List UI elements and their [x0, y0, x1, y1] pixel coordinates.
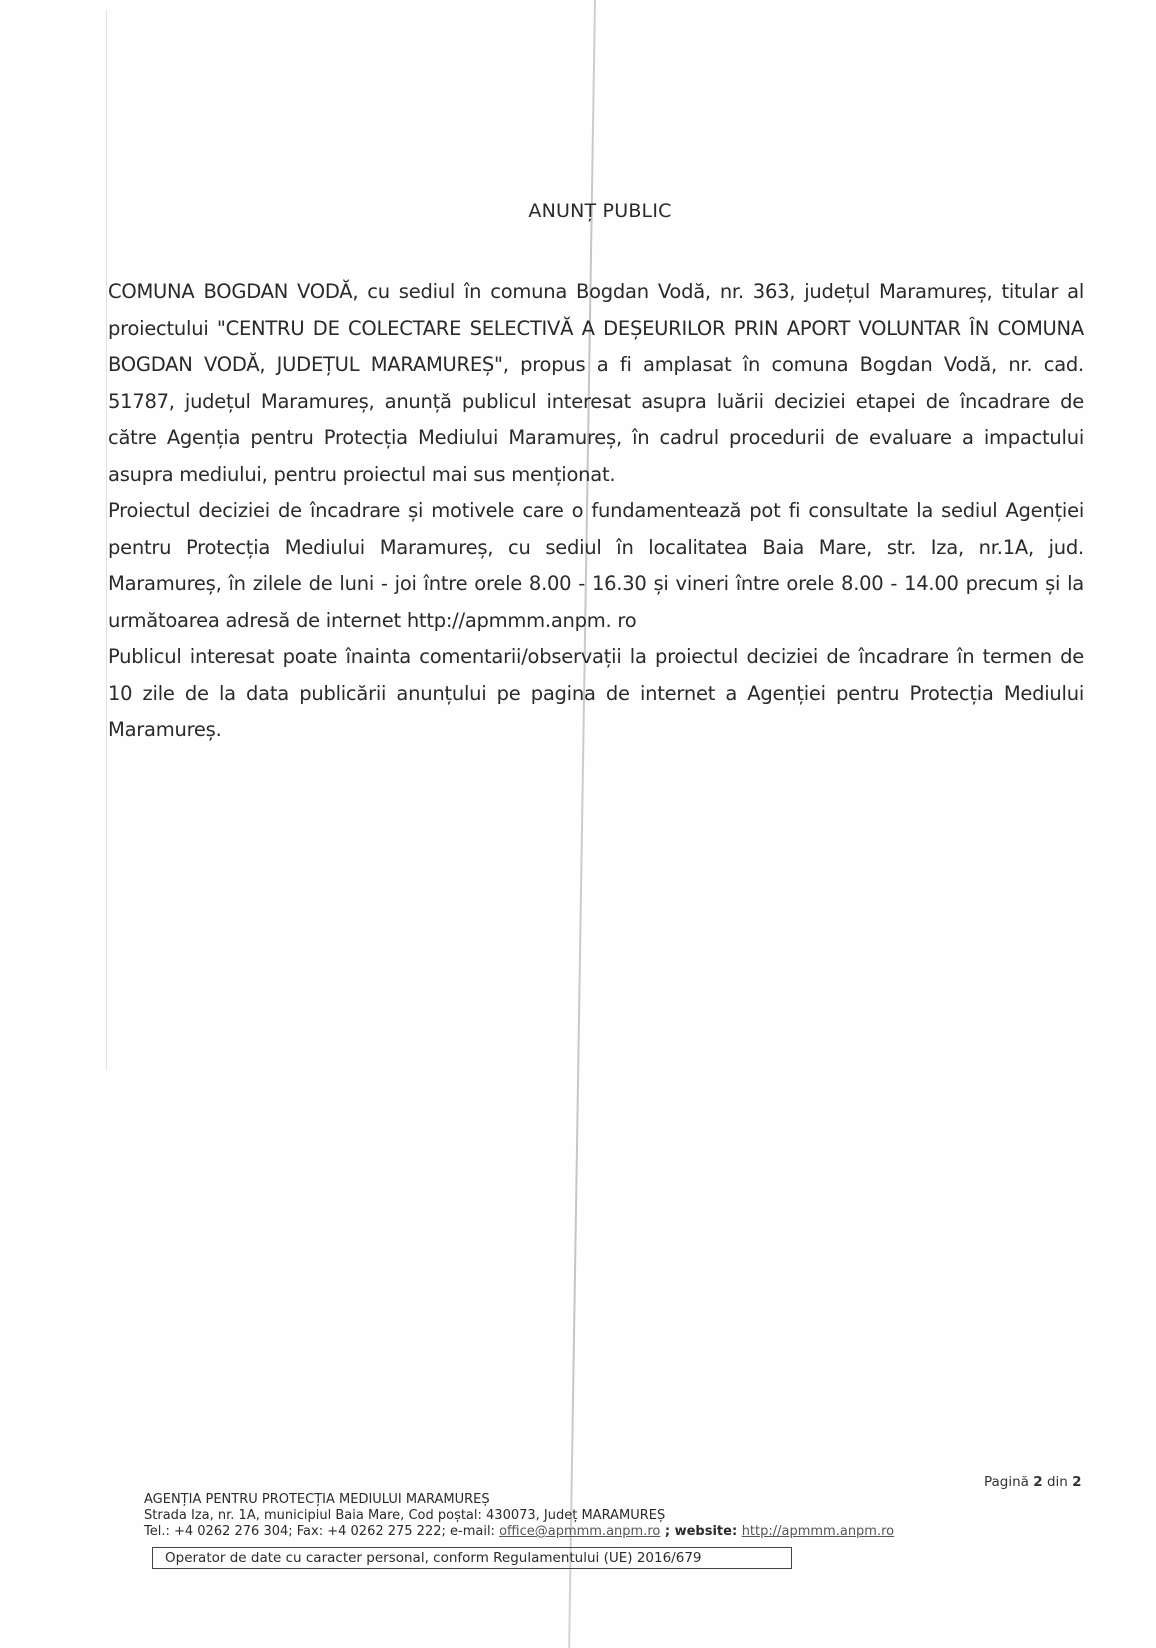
paragraph-consultation-info: Proiectul deciziei de încadrare și motiv… [108, 493, 1084, 639]
scan-artifact-line [106, 10, 107, 1070]
tel-fax-label: Tel.: +4 0262 276 304; Fax: +4 0262 275 … [144, 1524, 499, 1539]
website-link[interactable]: http://apmmm.anpm.ro [742, 1524, 894, 1539]
email-link[interactable]: office@apmmm.anpm.ro [499, 1524, 660, 1539]
announcement-body: COMUNA BOGDAN VODĂ, cu sediul în comuna … [108, 274, 1084, 749]
document-page: ANUNȚ PUBLIC COMUNA BOGDAN VODĂ, cu sedi… [0, 0, 1156, 1648]
agency-address: Strada Iza, nr. 1A, municipiul Baia Mare… [144, 1508, 894, 1524]
website-label: ; website: [660, 1524, 741, 1539]
agency-name: AGENȚIA PENTRU PROTECȚIA MEDIULUI MARAMU… [144, 1492, 894, 1508]
page-total: 2 [1072, 1474, 1081, 1490]
page-of: din [1047, 1474, 1068, 1490]
footer-contact: AGENȚIA PENTRU PROTECȚIA MEDIULUI MARAMU… [144, 1492, 894, 1540]
paragraph-project-description: COMUNA BOGDAN VODĂ, cu sediul în comuna … [108, 274, 1084, 493]
contact-line: Tel.: +4 0262 276 304; Fax: +4 0262 275 … [144, 1524, 894, 1540]
page-number: Pagină 2 din 2 [984, 1474, 1082, 1490]
gdpr-notice-box: Operator de date cu caracter personal, c… [152, 1547, 792, 1569]
page-current: 2 [1033, 1474, 1042, 1490]
paragraph-public-comments: Publicul interesat poate înainta comenta… [108, 639, 1084, 749]
scan-artifact-line [568, 0, 596, 1648]
page-label: Pagină [984, 1474, 1029, 1490]
page-title: ANUNȚ PUBLIC [0, 200, 1156, 222]
